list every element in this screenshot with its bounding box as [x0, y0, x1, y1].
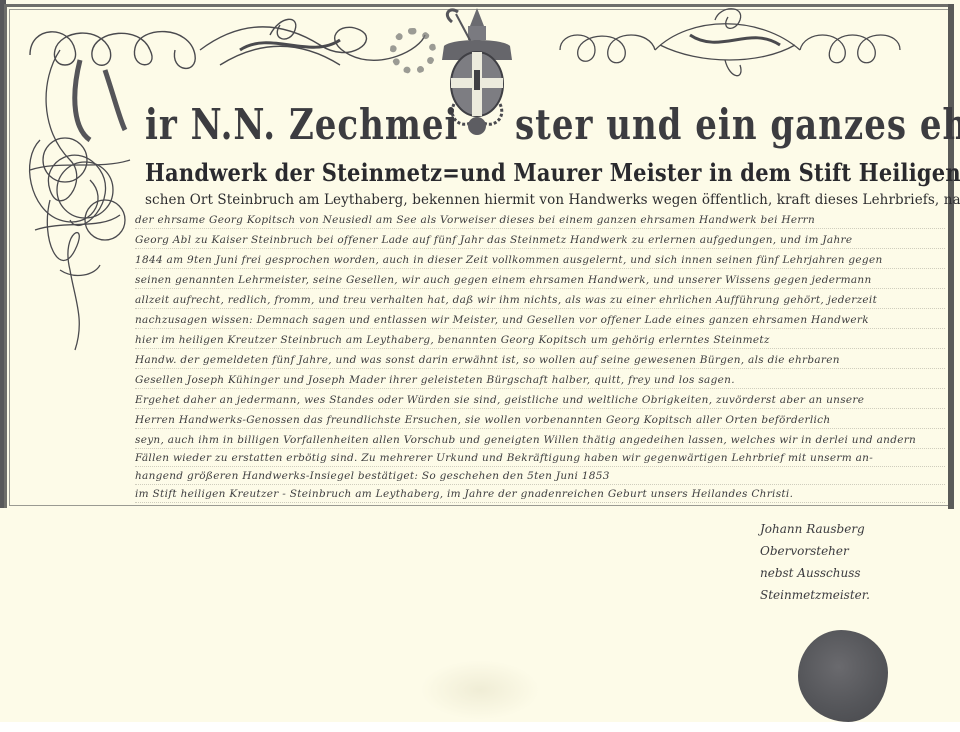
handwritten-line: Ergehet daher an jedermann, wes Standes …	[135, 392, 945, 409]
handwritten-line: seinen genannten Lehrmeister, seine Gese…	[135, 272, 945, 289]
signature-name: Johann Rausberg	[760, 518, 865, 540]
frame-right-border	[948, 4, 954, 509]
handwritten-line: allzeit aufrecht, redlich, fromm, und tr…	[135, 292, 945, 309]
handwritten-line: hier im heiligen Kreutzer Steinbruch am …	[135, 332, 945, 349]
title-line-2: Handwerk der Steinmetz=und Maurer Meiste…	[145, 158, 960, 187]
handwritten-line: nachzusagen wissen: Demnach sagen und en…	[135, 312, 945, 329]
circular-ink-stamp-icon	[390, 28, 436, 74]
title-line-1-right: ster und ein ganzes ehrsames	[515, 100, 960, 150]
ornamental-initial-w-icon	[20, 20, 150, 360]
handwritten-line: der ehrsame Georg Kopitsch von Neusiedl …	[135, 212, 945, 229]
handwritten-line: Fällen wieder zu erstatten erbötig sind.…	[135, 450, 945, 467]
handwritten-line: Herren Handwerks-Genossen das freundlich…	[135, 412, 945, 429]
handwritten-line: Handw. der gemeldeten fünf Jahre, und wa…	[135, 352, 945, 369]
handwritten-line: im Stift heiligen Kreutzer - Steinbruch …	[135, 486, 945, 503]
wax-seal-icon	[798, 630, 888, 722]
signature-title: Steinmetzmeister.	[760, 584, 870, 606]
calligraphic-flourish-icon	[540, 5, 920, 85]
scan-margin	[0, 722, 960, 732]
title-line-1-left: ir N.N. Zechmei	[145, 100, 458, 150]
handwritten-line: seyn, auch ihm in billigen Vorfallenheit…	[135, 432, 945, 449]
handwritten-line: Gesellen Joseph Kühinger und Joseph Made…	[135, 372, 945, 389]
title-line-3: schen Ort Steinbruch am Leythaberg, beke…	[145, 192, 960, 208]
paper-stain	[420, 660, 540, 720]
handwritten-line: 1844 am 9ten Juni frei gesprochen worden…	[135, 252, 945, 269]
signature-title: nebst Ausschuss	[760, 562, 861, 584]
handwritten-line: hangend größeren Handwerks-Insiegel best…	[135, 468, 945, 485]
signature-title: Obervorsteher	[760, 540, 849, 562]
handwritten-line: Georg Abl zu Kaiser Steinbruch bei offen…	[135, 232, 945, 249]
